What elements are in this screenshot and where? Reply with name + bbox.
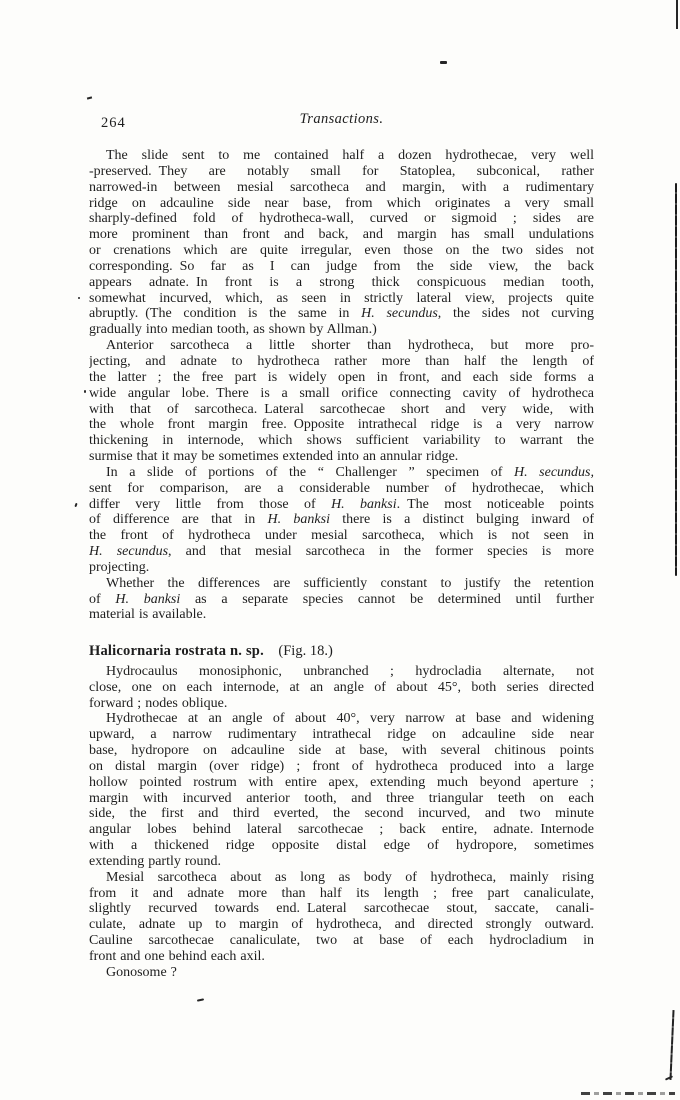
text-line: hollow pointed rostrum with entire apex,…	[89, 775, 594, 791]
text-segment: more prominent than front and back, and …	[89, 227, 594, 242]
paragraph: The slide sent to me contained half a do…	[89, 148, 594, 338]
text-line: sent for comparison, are a considerable …	[89, 481, 594, 497]
text-line: Whether the differences are sufficiently…	[89, 576, 594, 592]
text-segment: base, hydropore on adcauline side at bas…	[89, 743, 594, 758]
text-segment: -preserved. They are notably small for S…	[89, 164, 594, 179]
paragraph: Hydrothecae at an angle of about 40°, ve…	[89, 711, 594, 869]
text-segment: forward ; nodes oblique.	[89, 696, 227, 711]
text-line: extending partly round.	[89, 854, 594, 870]
text-segment: there is a distinct bulging inward of	[330, 512, 594, 527]
text-segment: of	[89, 592, 115, 607]
text-segment: upward, a narrow rudimentary intrathecal…	[89, 727, 594, 742]
text-segment: front and one behind each axil.	[89, 949, 265, 964]
scan-speck	[78, 297, 80, 299]
scan-mark-right-edge-upper	[675, 183, 677, 576]
text-line: Gonosome ?	[89, 965, 594, 981]
text-line: wide angular lobe. There is a small orif…	[89, 386, 594, 402]
scan-mark-right-edge-lower	[669, 1010, 674, 1080]
text-line: abruptly. (The condition is the same in …	[89, 306, 594, 322]
species-name: H. secundus	[89, 544, 168, 559]
species-name: H. banksi	[115, 592, 180, 607]
text-segment: Gonosome ?	[106, 965, 177, 980]
text-segment: or crenations which are quite irregular,…	[89, 243, 594, 258]
text-line: Cauline sarcothecae canaliculate, two at…	[89, 933, 594, 949]
text-line: H. secundus, and that mesial sarcotheca …	[89, 544, 594, 560]
text-segment: as a separate species cannot be determin…	[180, 592, 594, 607]
text-line: surmise that it may be sometimes extende…	[89, 449, 594, 465]
text-line: In a slide of portions of the “ Challeng…	[89, 465, 594, 481]
text-line: angular lobes behind lateral sarcothecae…	[89, 822, 594, 838]
text-line: of difference are that in H. banksi ther…	[89, 512, 594, 528]
text-segment: extending partly round.	[89, 854, 221, 869]
text-segment: corresponding. So far as I can judge fro…	[89, 259, 594, 274]
text-segment: appears adnate. In front is a strong thi…	[89, 275, 594, 290]
text-segment: culate, adnate up to margin of hydrothec…	[89, 917, 594, 932]
text-line: -preserved. They are notably small for S…	[89, 164, 594, 180]
text-segment: the whole front margin free. Opposite in…	[89, 417, 594, 432]
paragraph: Whether the differences are sufficiently…	[89, 576, 594, 624]
species-name: H. banksi	[331, 497, 397, 512]
paragraph: Anterior sarcotheca a little shorter tha…	[89, 338, 594, 465]
scan-speck	[84, 390, 86, 393]
text-line: the whole front margin free. Opposite in…	[89, 417, 594, 433]
text-line: The slide sent to me contained half a do…	[89, 148, 594, 164]
text-segment: surmise that it may be sometimes extende…	[89, 449, 458, 464]
scan-speck	[440, 61, 447, 64]
text-line: gradually into median tooth, as shown by…	[89, 322, 594, 338]
text-line: Mesial sarcotheca about as long as body …	[89, 870, 594, 886]
text-segment: The slide sent to me contained half a do…	[106, 148, 594, 163]
text-segment: differ very little from those of	[89, 497, 331, 512]
text-segment: sent for comparison, are a considerable …	[89, 481, 594, 496]
text-line: narrowed-in between mesial sarcotheca an…	[89, 180, 594, 196]
text-line: ridge on adcauline side near base, from …	[89, 196, 594, 212]
scan-speck	[74, 503, 77, 507]
text-line: base, hydropore on adcauline side at bas…	[89, 743, 594, 759]
text-segment: . The most noticeable points	[397, 497, 594, 512]
text-segment: material is available.	[89, 607, 206, 622]
text-segment: narrowed-in between mesial sarcotheca an…	[89, 180, 594, 195]
scan-speck	[197, 998, 204, 1001]
paragraph: Mesial sarcotheca about as long as body …	[89, 870, 594, 965]
text-segment: abruptly. (The condition is the same in	[89, 306, 361, 321]
species-heading-name: Halicornaria rostrata n. sp.	[89, 643, 264, 659]
species-name: H. banksi	[268, 512, 330, 527]
text-line: more prominent than front and back, and …	[89, 227, 594, 243]
paragraph: Gonosome ?	[89, 965, 594, 981]
text-line: the latter ; the free part is widely ope…	[89, 370, 594, 386]
text-line: slightly recurved towards end. Lateral s…	[89, 901, 594, 917]
text-line: or crenations which are quite irregular,…	[89, 243, 594, 259]
text-segment: , and that mesial sarcotheca in the form…	[168, 544, 594, 559]
text-line: culate, adnate up to margin of hydrothec…	[89, 917, 594, 933]
text-segment: Anterior sarcotheca a little shorter tha…	[106, 338, 594, 353]
species-name: H. secundus,	[514, 465, 594, 480]
text-segment: from it and adnate more than half its le…	[89, 886, 594, 901]
text-segment: sharply-defined fold of hydrotheca-wall,…	[89, 211, 594, 226]
text-line: margin with incurved anterior tooth, and…	[89, 791, 594, 807]
text-segment: Hydrocaulus monosiphonic, unbranched ; h…	[106, 664, 594, 679]
text-line: differ very little from those of H. bank…	[89, 497, 594, 513]
text-segment: wide angular lobe. There is a small orif…	[89, 386, 594, 401]
text-line: sharply-defined fold of hydrotheca-wall,…	[89, 211, 594, 227]
species-heading: Halicornaria rostrata n. sp. (Fig. 18.)	[89, 643, 594, 659]
text-line: on distal margin (over ridge) ; front of…	[89, 759, 594, 775]
text-segment: thickening in internode, which shows suf…	[89, 433, 594, 448]
scanned-page: 264 Transactions. The slide sent to me c…	[0, 0, 680, 1100]
text-line: appears adnate. In front is a strong thi…	[89, 275, 594, 291]
text-segment: jecting, and adnate to hydrotheca rather…	[89, 354, 594, 369]
text-segment: on distal margin (over ridge) ; front of…	[89, 759, 594, 774]
text-line: upward, a narrow rudimentary intrathecal…	[89, 727, 594, 743]
text-segment: with a thickened ridge opposite distal e…	[89, 838, 594, 853]
text-line: with that of sarcotheca. Lateral sarcoth…	[89, 402, 594, 418]
text-line: material is available.	[89, 607, 594, 623]
text-line: Anterior sarcotheca a little shorter tha…	[89, 338, 594, 354]
text-segment: slightly recurved towards end. Lateral s…	[89, 901, 594, 916]
text-line: Hydrocaulus monosiphonic, unbranched ; h…	[89, 664, 594, 680]
text-line: forward ; nodes oblique.	[89, 696, 594, 712]
running-title: Transactions.	[89, 111, 594, 128]
text-line: the front of hydrotheca under mesial sar…	[89, 528, 594, 544]
text-segment: gradually into median tooth, as shown by…	[89, 322, 377, 337]
text-line: projecting.	[89, 560, 594, 576]
text-segment: hollow pointed rostrum with entire apex,…	[89, 775, 594, 790]
text-line: of H. banksi as a separate species canno…	[89, 592, 594, 608]
text-segment: Cauline sarcothecae canaliculate, two at…	[89, 933, 594, 948]
text-block: The slide sent to me contained half a do…	[89, 148, 594, 981]
text-segment: In a slide of portions of the “ Challeng…	[106, 465, 514, 480]
text-line: somewhat incurved, which, as seen in str…	[89, 291, 594, 307]
text-line: from it and adnate more than half its le…	[89, 886, 594, 902]
text-segment: (Fig. 18.)	[264, 643, 333, 659]
text-segment: with that of sarcotheca. Lateral sarcoth…	[89, 402, 594, 417]
scan-speck	[87, 96, 92, 99]
text-segment: Mesial sarcotheca about as long as body …	[106, 870, 594, 885]
text-segment: projecting.	[89, 560, 149, 575]
text-line: thickening in internode, which shows suf…	[89, 433, 594, 449]
text-segment: margin with incurved anterior tooth, and…	[89, 791, 594, 806]
text-line: front and one behind each axil.	[89, 949, 594, 965]
species-name: H. secundus	[361, 306, 438, 321]
text-line: jecting, and adnate to hydrotheca rather…	[89, 354, 594, 370]
text-segment: ridge on adcauline side near base, from …	[89, 196, 594, 211]
text-line: Hydrothecae at an angle of about 40°, ve…	[89, 711, 594, 727]
text-segment: the latter ; the free part is widely ope…	[89, 370, 594, 385]
text-segment: angular lobes behind lateral sarcothecae…	[89, 822, 594, 837]
scan-mark-bottom-dashes	[581, 1092, 675, 1095]
text-line: with a thickened ridge opposite distal e…	[89, 838, 594, 854]
paragraph: Hydrocaulus monosiphonic, unbranched ; h…	[89, 664, 594, 712]
text-line: side, the first and third everted, the s…	[89, 806, 594, 822]
text-segment: the front of hydrotheca under mesial sar…	[89, 528, 594, 543]
text-segment: somewhat incurved, which, as seen in str…	[89, 291, 594, 306]
text-segment: side, the first and third everted, the s…	[89, 806, 594, 821]
paragraph: In a slide of portions of the “ Challeng…	[89, 465, 594, 576]
text-segment: of difference are that in	[89, 512, 268, 527]
text-segment: Hydrothecae at an angle of about 40°, ve…	[106, 711, 594, 726]
text-segment: close, one on each internode, at an angl…	[89, 680, 594, 695]
text-segment: Whether the differences are sufficiently…	[106, 576, 594, 591]
text-line: close, one on each internode, at an angl…	[89, 680, 594, 696]
text-segment: , the sides not curving	[438, 306, 594, 321]
scan-mark-top-right-edge	[676, 0, 678, 29]
text-line: corresponding. So far as I can judge fro…	[89, 259, 594, 275]
